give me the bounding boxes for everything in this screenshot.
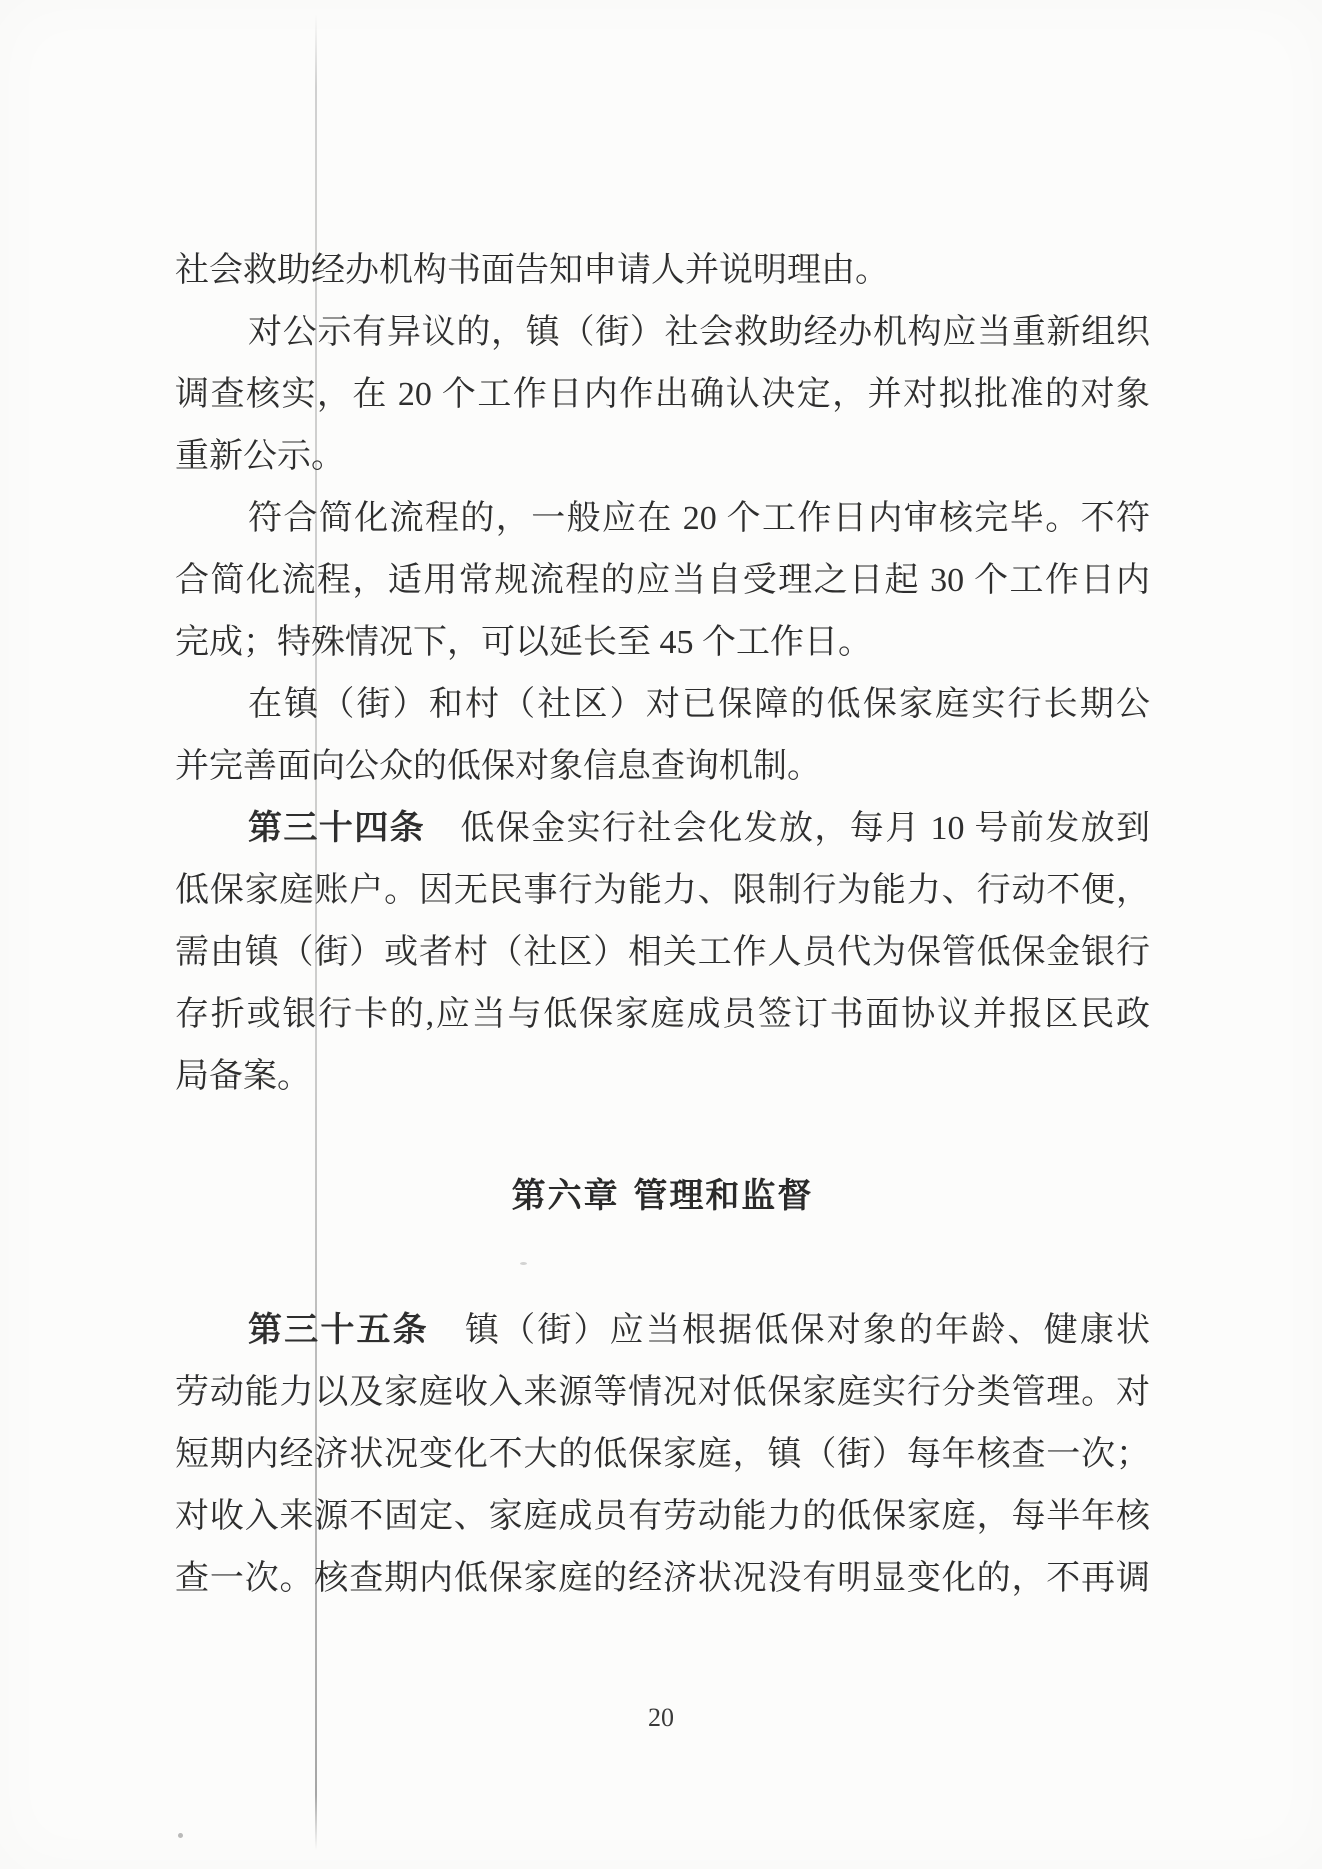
text-line: 社会救助经办机构书面告知申请人并说明理由。 xyxy=(175,240,1150,302)
text-line: 并完善面向公众的低保对象信息查询机制。 xyxy=(175,736,1150,798)
text-line: 低保家庭账户。因无民事行为能力、限制行为能力、行动不便， xyxy=(175,860,1150,922)
text-line: 重新公示。 xyxy=(175,426,1150,488)
section-text-block: 第三十五条 镇（街）应当根据低保对象的年龄、健康状况、 劳动能力以及家庭收入来源… xyxy=(175,1300,1150,1610)
body-text-block: 社会救助经办机构书面告知申请人并说明理由。 对公示有异议的，镇（街）社会救助经办… xyxy=(175,240,1150,1108)
text-line: 合简化流程，适用常规流程的应当自受理之日起 30 个工作日内 xyxy=(175,550,1150,612)
scan-speck xyxy=(178,1833,183,1838)
text-line: 需由镇（街）或者村（社区）相关工作人员代为保管低保金银行 xyxy=(175,922,1150,984)
text-line: 短期内经济状况变化不大的低保家庭，镇（街）每年核查一次； xyxy=(175,1424,1150,1486)
article-35-number: 第三十五条 xyxy=(248,1312,429,1349)
document-page: 社会救助经办机构书面告知申请人并说明理由。 对公示有异议的，镇（街）社会救助经办… xyxy=(0,0,1322,1869)
text-line-article-34: 第三十四条 低保金实行社会化发放，每月 10 号前发放到 xyxy=(175,798,1150,860)
text-line: 符合简化流程的，一般应在 20 个工作日内审核完毕。不符 xyxy=(175,488,1150,550)
text-line-article-35: 第三十五条 镇（街）应当根据低保对象的年龄、健康状况、 xyxy=(175,1300,1150,1362)
text-line: 对公示有异议的，镇（街）社会救助经办机构应当重新组织 xyxy=(175,302,1150,364)
text-line: 查一次。核查期内低保家庭的经济状况没有明显变化的，不再调 xyxy=(175,1548,1150,1610)
text-line: 在镇（街）和村（社区）对已保障的低保家庭实行长期公示， xyxy=(175,674,1150,736)
scan-speck xyxy=(520,1262,527,1265)
text-line: 劳动能力以及家庭收入来源等情况对低保家庭实行分类管理。对 xyxy=(175,1362,1150,1424)
page-number: 20 xyxy=(0,1703,1322,1733)
text-line: 对收入来源不固定、家庭成员有劳动能力的低保家庭，每半年核 xyxy=(175,1486,1150,1548)
text-line: 局备案。 xyxy=(175,1046,1150,1108)
text-line: 调查核实，在 20 个工作日内作出确认决定，并对拟批准的对象 xyxy=(175,364,1150,426)
text-line: 完成；特殊情况下，可以延长至 45 个工作日。 xyxy=(175,612,1150,674)
text-line: 存折或银行卡的,应当与低保家庭成员签订书面协议并报区民政 xyxy=(175,984,1150,1046)
article-34-number: 第三十四条 xyxy=(248,810,425,847)
chapter-heading: 第六章 管理和监督 xyxy=(175,1168,1150,1224)
